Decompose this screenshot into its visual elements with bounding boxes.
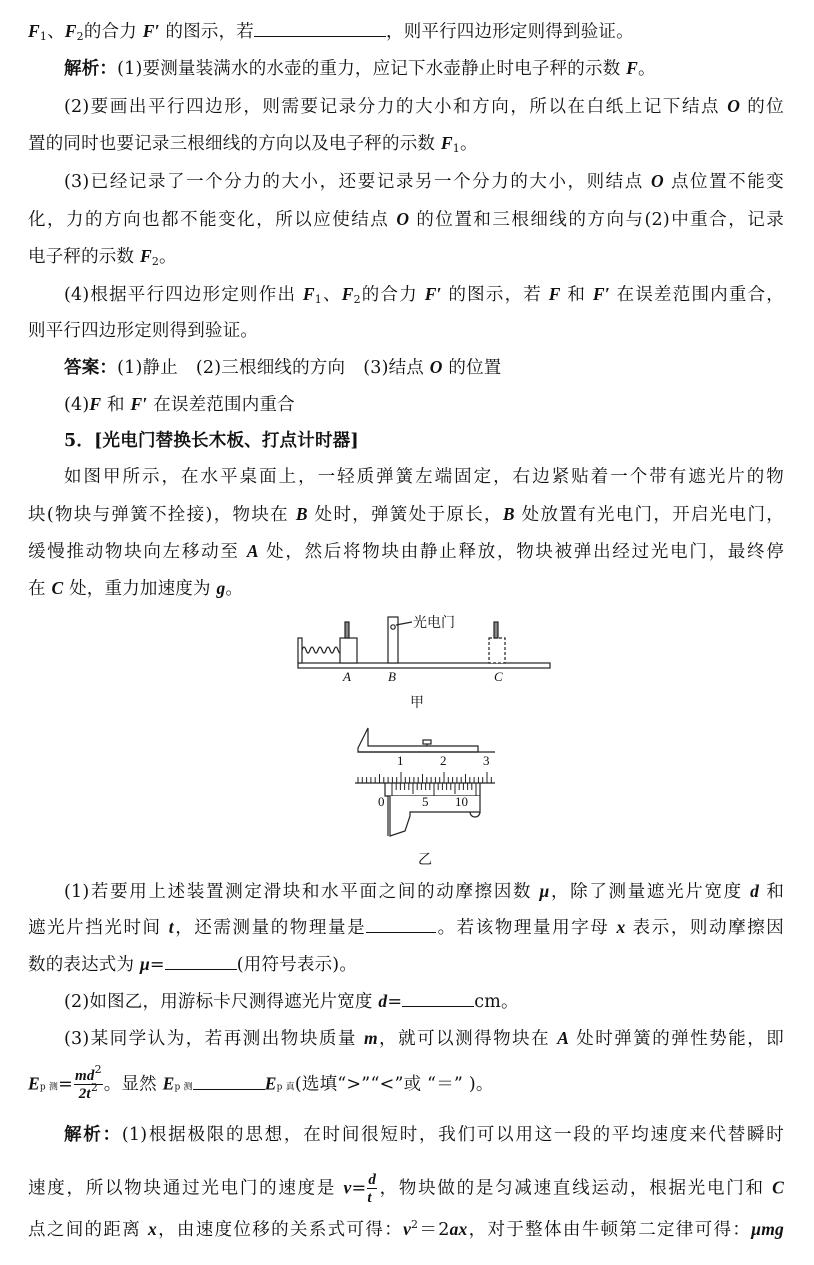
point-b-label: B bbox=[388, 669, 396, 685]
photogate-label: 光电门 bbox=[413, 612, 455, 632]
q5-sub3-line-1: (3)某同学认为，若再测出物块质量 m，就可以测得物块在 A 处时弹簧的弹性势能… bbox=[64, 1027, 784, 1050]
vernier-label-0: 0 bbox=[378, 794, 385, 810]
q5-sub3-line-2: Ep 测=md22t2。显然 Ep 测Ep 真(选填“>”“<”或 “＝” )。 bbox=[28, 1068, 784, 1102]
analysis-2-line-2: 速度，所以物块通过光电门的速度是 v=dt，物块做的是匀减速直线运动，根据光电门… bbox=[28, 1172, 784, 1206]
answer-blank-d bbox=[402, 992, 474, 1007]
analysis-1-line-1: 解析：(1)要测量装满水的水壶的重力，应记下水壶静止时电子秤的示数 F。 bbox=[64, 57, 784, 80]
question-5-title: 5．[光电门替换长木板、打点计时器] bbox=[64, 430, 784, 452]
answer-blank-quantity bbox=[366, 918, 436, 933]
q5-sub1-line-1: (1)若要用上述装置测定滑块和水平面之间的动摩擦因数 μ，除了测量遮光片宽度 d… bbox=[64, 880, 784, 903]
main-scale-label-2: 2 bbox=[440, 753, 447, 769]
q5-stem-line-1: 如图甲所示，在水平桌面上，一轻质弹簧左端固定，右边紧贴着一个带有遮光片的物 bbox=[64, 466, 784, 488]
q5-stem-line-3: 缓慢推动物块向左移动至 A 处，然后将物块由静止释放，物块被弹出经过光电门，最终… bbox=[28, 540, 784, 563]
vernier-label-10: 10 bbox=[455, 794, 468, 810]
analysis-2-line-1: 解析：(1)根据极限的思想，在时间很短时，我们可以用这一段的平均速度来代替瞬时 bbox=[64, 1124, 784, 1146]
q5-sub1-line-2: 遮光片挡光时间 t，还需测量的物理量是。若该物理量用字母 x 表示，则动摩擦因 bbox=[28, 916, 784, 939]
analysis-1-line-4: (3)已经记录了一个分力的大小，还要记录另一个分力的大小，则结点 O 点位置不能… bbox=[64, 170, 784, 193]
fraction-d-t: dt bbox=[367, 1172, 377, 1206]
q5-stem-line-2: 块(物块与弹簧不拴接)，物块在 B 处时，弹簧处于原长，B 处放置有光电门，开启… bbox=[28, 503, 784, 526]
point-c-label: C bbox=[494, 669, 503, 685]
analysis-2-line-3: 点之间的距离 x，由速度位移的关系式可得：v2＝2ax，对于整体由牛顿第二定律可… bbox=[28, 1218, 784, 1241]
answer-label: 答案： bbox=[64, 358, 117, 378]
vernier-label-5: 5 bbox=[422, 794, 429, 810]
analysis-1-line-7: (4)根据平行四边形定则作出 F1、F2的合力 F′ 的图示，若 F 和 F′ … bbox=[64, 283, 784, 306]
analysis-1-line-6: 电子秤的示数 F2。 bbox=[28, 245, 784, 268]
answer-1-line-1: 答案：(1)静止(2)三根细线的方向(3)结点 O 的位置 bbox=[64, 356, 784, 379]
analysis-label-2: 解析： bbox=[64, 1125, 122, 1145]
answer-1-line-2: (4)F 和 F′ 在误差范围内重合 bbox=[64, 393, 784, 416]
fraction-md2-2t2: md22t2 bbox=[74, 1068, 103, 1102]
analysis-1-line-8: 则平行四边形定则得到验证。 bbox=[28, 320, 784, 342]
figure-jia: 光电门 A B C 甲 bbox=[290, 612, 560, 712]
text-line-1: F1、F2的合力 F′ 的图示，若，则平行四边形定则得到验证。 bbox=[28, 20, 784, 43]
q5-stem-line-4: 在 C 处，重力加速度为 g。 bbox=[28, 577, 784, 600]
q5-sub1-line-3: 数的表达式为 μ=(用符号表示)。 bbox=[28, 953, 784, 976]
q5-sub2: (2)如图乙，用游标卡尺测得遮光片宽度 d=cm。 bbox=[64, 990, 784, 1013]
figure-jia-caption: 甲 bbox=[410, 692, 424, 712]
figure-yi: 1 2 3 0 5 10 乙 bbox=[350, 716, 500, 866]
analysis-1-line-2: (2)要画出平行四边形，则需要记录分力的大小和方向，所以在白纸上记下结点 O 的… bbox=[64, 95, 784, 118]
analysis-1-line-3: 置的同时也要记录三根细线的方向以及电子秤的示数 F1。 bbox=[28, 132, 784, 155]
answer-blank-mu bbox=[165, 955, 237, 970]
figure-yi-caption: 乙 bbox=[418, 849, 432, 869]
analysis-1-line-5: 化，力的方向也都不能变化，所以应使结点 O 的位置和三根细线的方向与(2)中重合… bbox=[28, 208, 784, 231]
answer-blank-compare bbox=[193, 1075, 265, 1090]
analysis-label: 解析： bbox=[64, 59, 117, 79]
main-scale-label-3: 3 bbox=[483, 753, 490, 769]
vernier-caliper-diagram bbox=[350, 716, 500, 846]
point-a-label: A bbox=[343, 669, 351, 685]
answer-blank-1 bbox=[254, 22, 386, 37]
main-scale-label-1: 1 bbox=[397, 753, 404, 769]
